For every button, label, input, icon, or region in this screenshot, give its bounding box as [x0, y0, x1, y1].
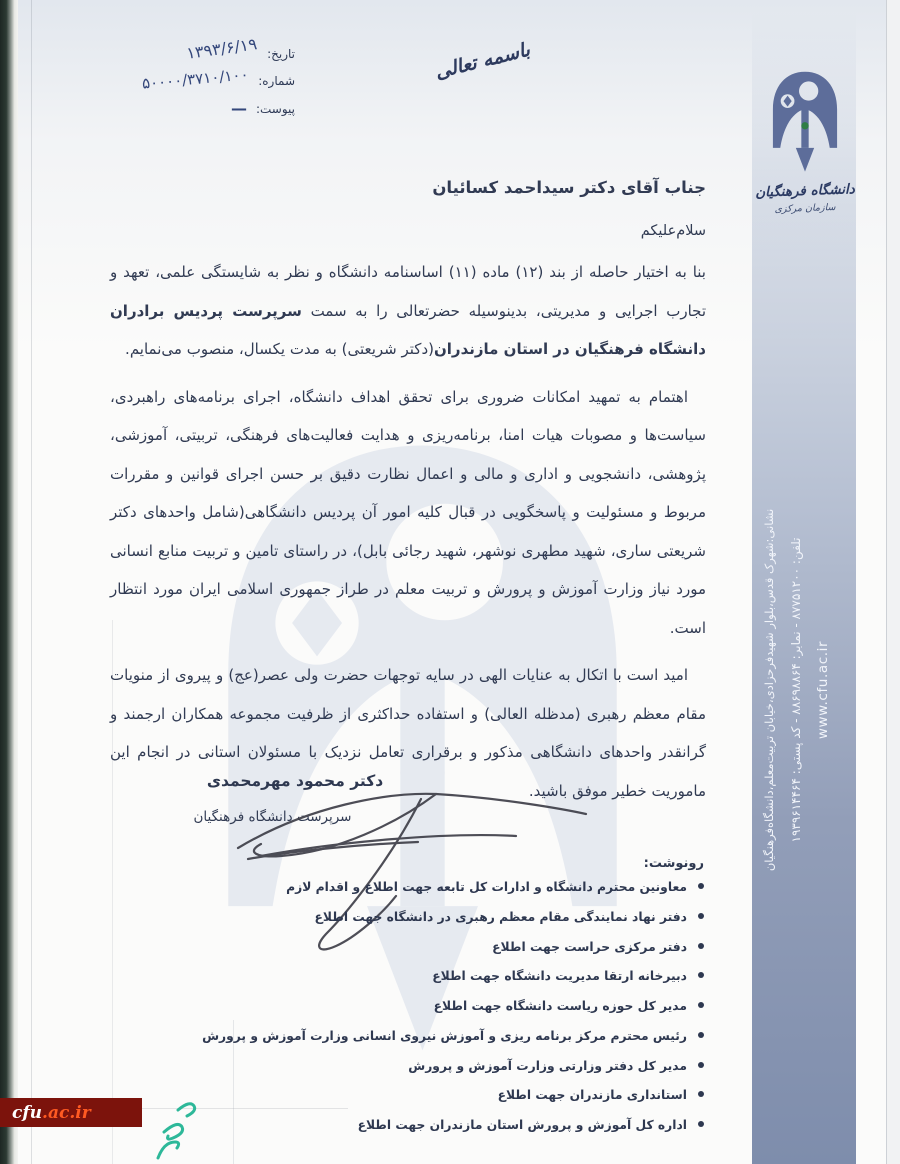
- bullet-icon: [698, 1032, 704, 1038]
- letter-body: جناب آقای دکتر سیداحمد کسائیان سلام‌علیک…: [110, 178, 706, 819]
- cfu-badge-site: cfu: [12, 1103, 42, 1123]
- letterhead-contact-info: نشانی:شهرک قدس،بلوار شهیدفرحزادی،خیابان …: [756, 430, 842, 950]
- number-value-handwritten: ۵۰۰۰۰/۳۷۱۰/۱۰۰: [142, 65, 250, 92]
- bullet-icon: [698, 913, 704, 919]
- cc-item: مدیر کل حوزه ریاست دانشگاه جهت اطلاع: [290, 999, 704, 1014]
- cc-section: رونوشت: معاونین محترم دانشگاه و ادارات ک…: [290, 856, 704, 1148]
- paragraph-duties: اهتمام به تمهید امکانات ضروری برای تحقق …: [110, 378, 706, 648]
- university-logo-block: دانشگاه فرهنگیان سازمان مرکزی: [730, 58, 880, 214]
- bullet-icon: [698, 1062, 704, 1068]
- cc-item: دفتر نهاد نمایندگی مقام معظم رهبری در دا…: [290, 910, 704, 925]
- university-name: دانشگاه فرهنگیان: [730, 180, 880, 201]
- bullet-icon: [698, 972, 704, 978]
- cc-list: معاونین محترم دانشگاه و ادارات کل تابعه …: [290, 880, 704, 1133]
- date-row: تاریخ: ۱۳۹۳/۶/۱۹: [55, 44, 295, 63]
- bullet-icon: [698, 943, 704, 949]
- cfu-badge-suffix: .ac.ir: [42, 1103, 91, 1123]
- besmele-calligraphy: باسمه تعالی: [395, 29, 570, 93]
- cc-item-text: دبیرخانه ارتقا مدیریت دانشگاه جهت اطلاع: [432, 969, 687, 983]
- bullet-icon: [698, 883, 704, 889]
- cc-item-text: مدیر کل حوزه ریاست دانشگاه جهت اطلاع: [434, 999, 687, 1013]
- cc-item: دفتر مرکزی حراست جهت اطلاع: [290, 940, 704, 955]
- number-row: شماره: ۵۰۰۰۰/۳۷۱۰/۱۰۰: [55, 72, 295, 90]
- letterhead-meta: تاریخ: ۱۳۹۳/۶/۱۹ شماره: ۵۰۰۰۰/۳۷۱۰/۱۰۰ پ…: [55, 44, 295, 127]
- salutation: سلام‌علیکم: [110, 223, 706, 239]
- cfu-website-badge: cfu.ac.ir: [0, 1098, 142, 1127]
- cc-item: رئیس محترم مرکز برنامه ریزی و آموزش نیرو…: [290, 1029, 704, 1044]
- address-line: نشانی:شهرک قدس،بلوار شهیدفرحزادی،خیابان …: [756, 430, 783, 950]
- university-logo-icon: [730, 58, 880, 179]
- cc-item: معاونین محترم دانشگاه و ادارات کل تابعه …: [290, 880, 704, 895]
- cc-item-text: رئیس محترم مرکز برنامه ریزی و آموزش نیرو…: [202, 1029, 687, 1043]
- letter-page: تاریخ: ۱۳۹۳/۶/۱۹ شماره: ۵۰۰۰۰/۳۷۱۰/۱۰۰ پ…: [18, 0, 887, 1164]
- date-value-handwritten: ۱۳۹۳/۶/۱۹: [185, 34, 258, 63]
- website-line: www.cfu.ac.ir: [810, 430, 837, 950]
- cc-item-text: استانداری مازندران جهت اطلاع: [498, 1088, 687, 1102]
- cc-item-text: معاونین محترم دانشگاه و ادارات کل تابعه …: [286, 880, 687, 894]
- attachment-label: پیوست:: [256, 102, 295, 116]
- bullet-icon: [698, 1002, 704, 1008]
- cc-item: مدیر کل دفتر وزارتی وزارت آموزش و پرورش: [290, 1059, 704, 1074]
- bullet-icon: [698, 1091, 704, 1097]
- number-label: شماره:: [258, 74, 295, 88]
- cc-item-text: دفتر مرکزی حراست جهت اطلاع: [492, 940, 687, 954]
- bullet-icon: [698, 1121, 704, 1127]
- scan-crease-line: [31, 0, 32, 1164]
- cc-item-text: مدیر کل دفتر وزارتی وزارت آموزش و پرورش: [408, 1059, 687, 1073]
- scan-edge-strip: [0, 0, 18, 1164]
- green-pen-marks: [140, 1092, 230, 1164]
- cc-item: دبیرخانه ارتقا مدیریت دانشگاه جهت اطلاع: [290, 969, 704, 984]
- cc-item-text: دفتر نهاد نمایندگی مقام معظم رهبری در دا…: [315, 910, 687, 924]
- phone-fax-postal-line: تلفن: ۸۷۷۵۱۲۰۰ - نمابر: ۸۸۶۹۸۸۶۴ - کد پس…: [783, 430, 810, 950]
- cc-item: استانداری مازندران جهت اطلاع: [290, 1088, 704, 1103]
- attachment-row: پیوست: —: [55, 99, 295, 118]
- signer-title: سرپرست دانشگاه فرهنگیان: [170, 809, 375, 825]
- paragraph-appointment: بنا به اختیار حاصله از بند (۱۲) ماده (۱۱…: [110, 253, 706, 369]
- signer-name: دکتر محمود مهرمحمدی: [185, 772, 405, 790]
- paragraph-appointment-post: (دکتر شریعتی) به مدت یکسال، منصوب می‌نما…: [125, 340, 434, 358]
- cc-item: اداره کل آموزش و پرورش استان مازندران جه…: [290, 1118, 704, 1133]
- attachment-value: —: [231, 99, 247, 118]
- scanned-letter-canvas: تاریخ: ۱۳۹۳/۶/۱۹ شماره: ۵۰۰۰۰/۳۷۱۰/۱۰۰ پ…: [0, 0, 900, 1164]
- recipient-name: جناب آقای دکتر سیداحمد کسائیان: [110, 178, 706, 197]
- date-label: تاریخ:: [267, 47, 295, 61]
- cc-item-text: اداره کل آموزش و پرورش استان مازندران جه…: [358, 1118, 687, 1132]
- cc-label: رونوشت:: [290, 856, 704, 871]
